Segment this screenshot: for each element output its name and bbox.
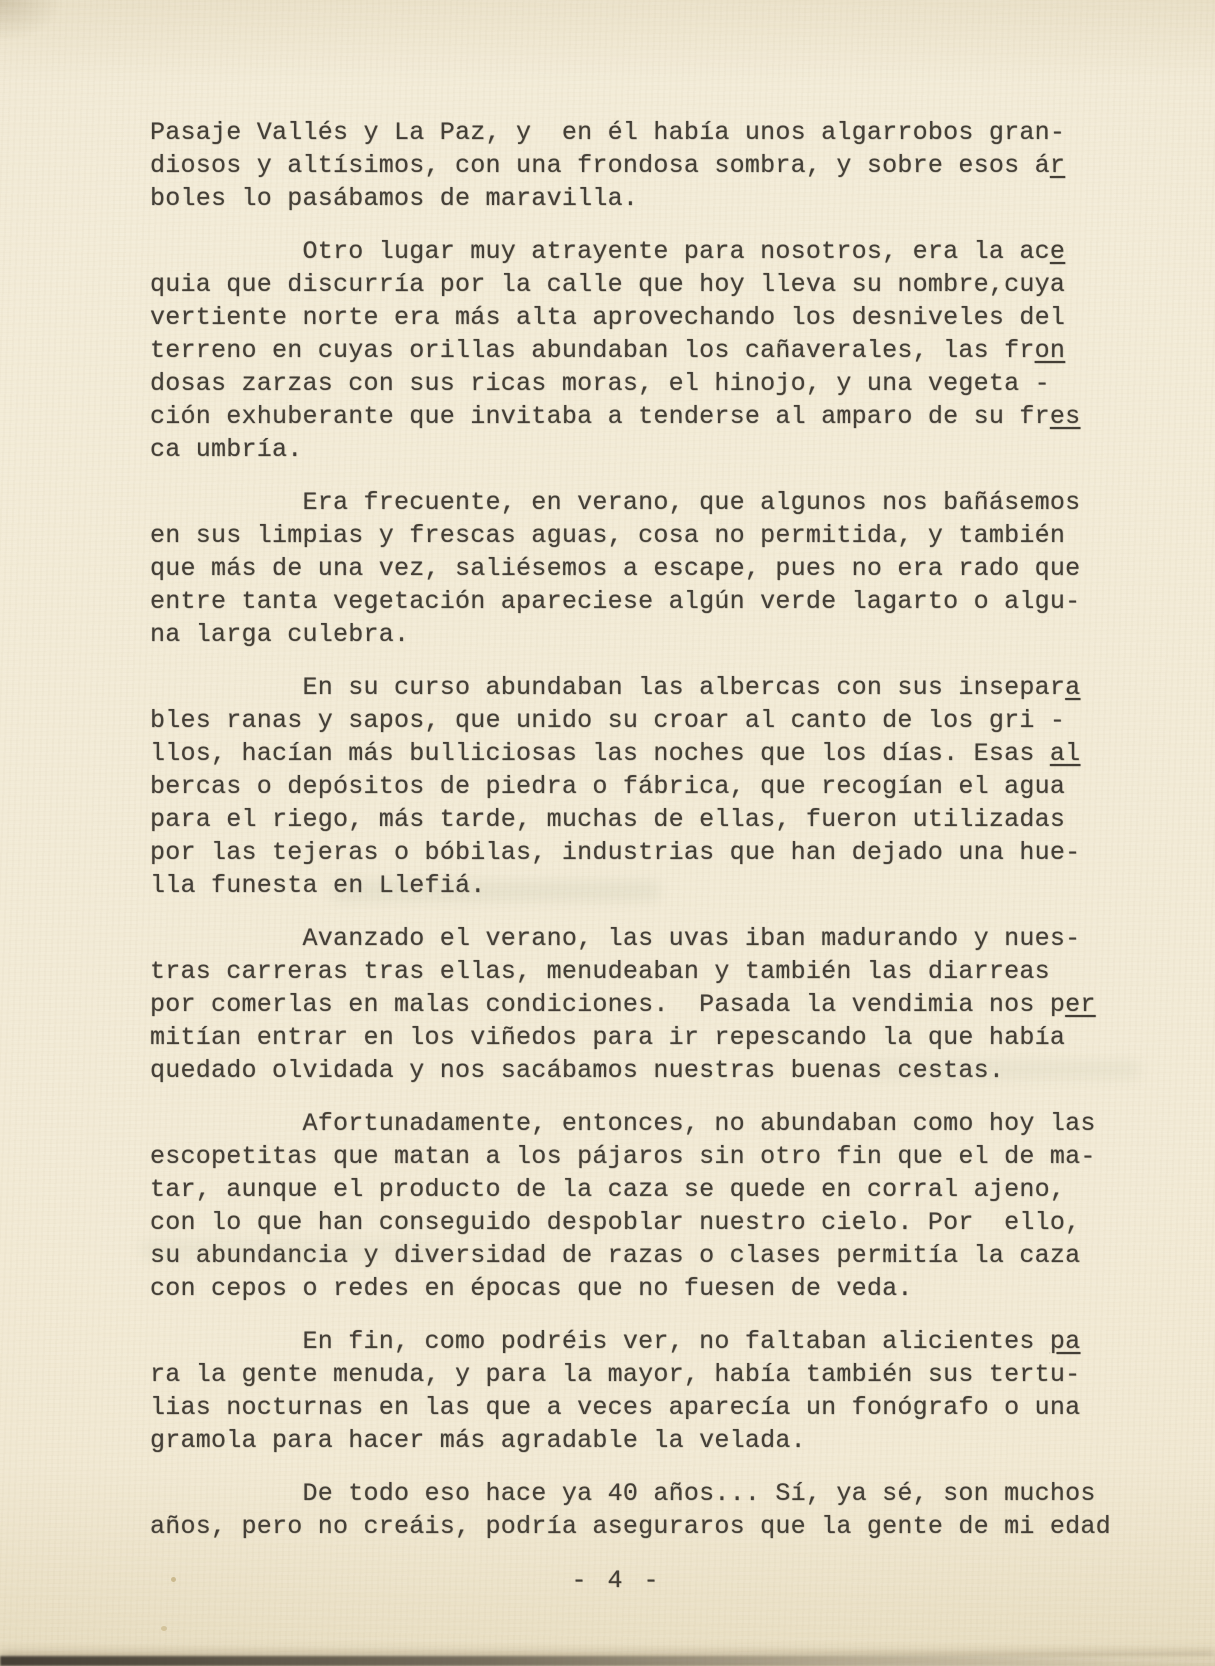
text-line: lla funesta en Llefiá. — [150, 869, 1130, 902]
text-line: para el riego, más tarde, muchas de ella… — [150, 803, 1130, 836]
text-line: en sus limpias y frescas aguas, cosa no … — [150, 519, 1130, 552]
scan-edge-shadow — [0, 1656, 1215, 1666]
text-line: dosas zarzas con sus ricas moras, el hin… — [150, 367, 1130, 400]
text-line: Avanzado el verano, las uvas iban madura… — [150, 922, 1130, 955]
text-line: Otro lugar muy atrayente para nosotros, … — [150, 235, 1130, 268]
paragraph: De todo eso hace ya 40 años... Sí, ya sé… — [150, 1477, 1130, 1543]
paragraph: Pasaje Vallés y La Paz, y en él había un… — [150, 116, 1130, 215]
text-line: lias nocturnas en las que a veces aparec… — [150, 1391, 1130, 1424]
text-line: tras carreras tras ellas, menudeaban y t… — [150, 955, 1130, 988]
text-line: En fin, como podréis ver, no faltaban al… — [150, 1325, 1130, 1358]
paper-speck — [161, 1626, 167, 1631]
text-line: ca umbría. — [150, 433, 1130, 466]
text-line: por comerlas en malas condiciones. Pasad… — [150, 988, 1130, 1021]
text-line: tar, aunque el producto de la caza se qu… — [150, 1173, 1130, 1206]
text-line: na larga culebra. — [150, 618, 1130, 651]
scanned-page: Pasaje Vallés y La Paz, y en él había un… — [0, 0, 1215, 1666]
text-line: escopetitas que matan a los pájaros sin … — [150, 1140, 1130, 1173]
text-line: quedado olvidada y nos sacábamos nuestra… — [150, 1054, 1130, 1087]
text-line: Pasaje Vallés y La Paz, y en él había un… — [150, 116, 1130, 149]
text-line: mitían entrar en los viñedos para ir rep… — [150, 1021, 1130, 1054]
paragraph: Otro lugar muy atrayente para nosotros, … — [150, 235, 1130, 466]
text-line: ción exhuberante que invitaba a tenderse… — [150, 400, 1130, 433]
text-line: que más de una vez, saliésemos a escape,… — [150, 552, 1130, 585]
paragraph: Afortunadamente, entonces, no abundaban … — [150, 1107, 1130, 1305]
text-line: Afortunadamente, entonces, no abundaban … — [150, 1107, 1130, 1140]
paragraph: En fin, como podréis ver, no faltaban al… — [150, 1325, 1130, 1457]
paper-speck — [171, 1577, 176, 1582]
text-line: con lo que han conseguido despoblar nues… — [150, 1206, 1130, 1239]
text-line: gramola para hacer más agradable la vela… — [150, 1424, 1130, 1457]
paragraph: Avanzado el verano, las uvas iban madura… — [150, 922, 1130, 1087]
text-line: su abundancia y diversidad de razas o cl… — [150, 1239, 1130, 1272]
text-line: vertiente norte era más alta aprovechand… — [150, 301, 1130, 334]
text-line: bles ranas y sapos, que unido su croar a… — [150, 704, 1130, 737]
paragraph: En su curso abundaban las albercas con s… — [150, 671, 1130, 902]
text-line: En su curso abundaban las albercas con s… — [150, 671, 1130, 704]
text-line: entre tanta vegetación apareciese algún … — [150, 585, 1130, 618]
text-line: años, pero no creáis, podría aseguraros … — [150, 1510, 1130, 1543]
text-line: por las tejeras o bóbilas, industrias qu… — [150, 836, 1130, 869]
page-number: - 4 - — [0, 1566, 1215, 1595]
paragraph: Era frecuente, en verano, que algunos no… — [150, 486, 1130, 651]
text-line: quia que discurría por la calle que hoy … — [150, 268, 1130, 301]
text-line: diosos y altísimos, con una frondosa som… — [150, 149, 1130, 182]
text-line: Era frecuente, en verano, que algunos no… — [150, 486, 1130, 519]
text-line: bercas o depósitos de piedra o fábrica, … — [150, 770, 1130, 803]
text-line: con cepos o redes en épocas que no fuese… — [150, 1272, 1130, 1305]
text-line: ra la gente menuda, y para la mayor, hab… — [150, 1358, 1130, 1391]
text-line: De todo eso hace ya 40 años... Sí, ya sé… — [150, 1477, 1130, 1510]
text-line: boles lo pasábamos de maravilla. — [150, 182, 1130, 215]
text-line: llos, hacían más bulliciosas las noches … — [150, 737, 1130, 770]
typewritten-text: Pasaje Vallés y La Paz, y en él había un… — [150, 116, 1130, 1543]
text-line: terreno en cuyas orillas abundaban los c… — [150, 334, 1130, 367]
